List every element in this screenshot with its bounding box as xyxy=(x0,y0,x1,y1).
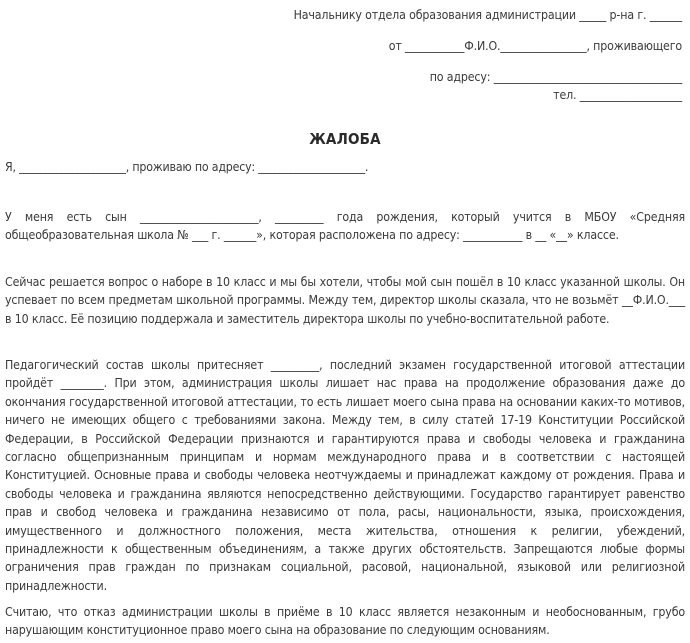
header-sender: от ___________Ф.И.О.________________, пр… xyxy=(389,39,682,53)
header-addressee: Начальнику отдела образования администра… xyxy=(294,8,682,22)
paragraph-conclusion: Считаю, что отказ администрации школы в … xyxy=(5,603,685,640)
document-title: ЖАЛОБА xyxy=(0,130,690,148)
paragraph-legal-basis: Педагогический состав школы притесняет _… xyxy=(5,356,685,595)
paragraph-son-info: У меня есть сын ______________________, … xyxy=(5,208,685,245)
complaint-document: Начальнику отдела образования администра… xyxy=(0,0,690,643)
paragraph-admission-issue: Сейчас решается вопрос о наборе в 10 кла… xyxy=(5,273,685,328)
intro-line: Я, ____________________, проживаю по адр… xyxy=(5,160,368,174)
header-address: по адресу: _____________________________… xyxy=(430,70,682,84)
header-phone: тел. ___________________ xyxy=(553,88,682,102)
